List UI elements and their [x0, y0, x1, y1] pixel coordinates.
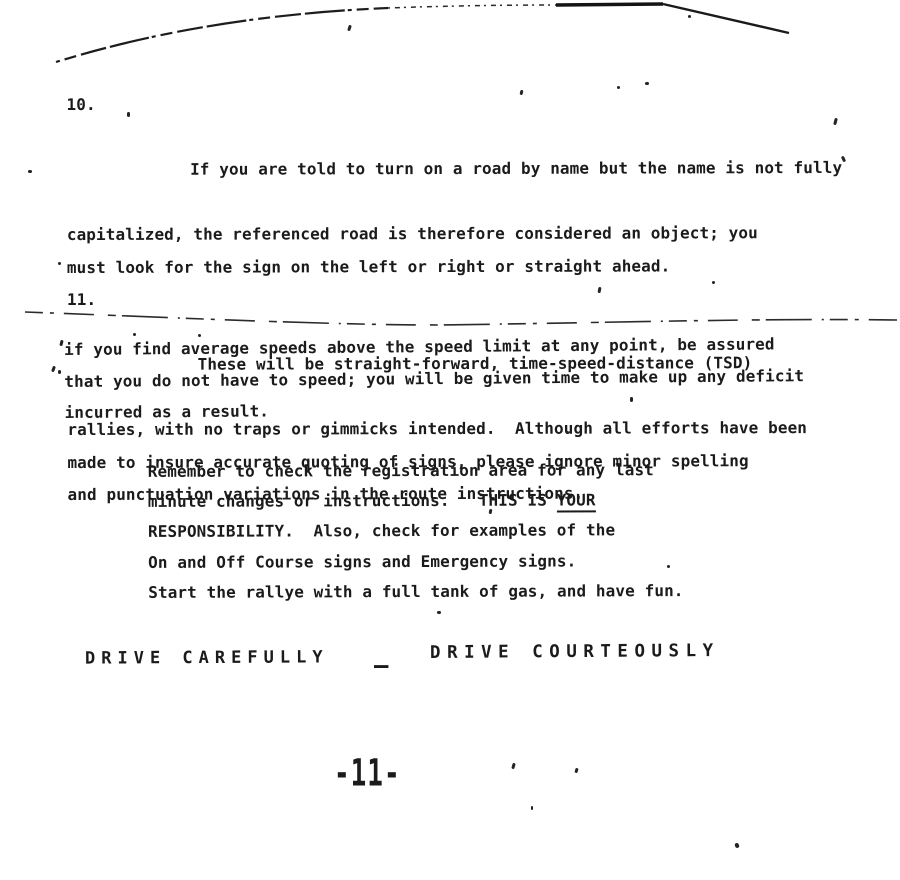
noise-speck — [712, 281, 715, 284]
reminder-line-1: Remember to check the registration area … — [148, 455, 683, 487]
page-number: -11- — [334, 752, 401, 796]
noise-speck — [133, 333, 136, 336]
noise-speck — [58, 370, 61, 374]
noise-speck — [688, 15, 691, 18]
noise-speck — [645, 82, 649, 85]
slogan-dash: – — [374, 651, 388, 679]
reminder-line-2-prefix: minute changes or instructions. THIS IS — [148, 491, 557, 511]
noise-speck — [667, 565, 670, 568]
reminder-line-2: minute changes or instructions. THIS IS … — [148, 485, 683, 517]
slogan-drive-carefully: DRIVE CAREFULLY — [85, 647, 329, 668]
item-10-line-3: must look for the sign on the left or ri… — [67, 249, 843, 284]
slogan-drive-courteously: DRIVE COURTEOUSLY — [430, 641, 720, 663]
noise-speck — [28, 170, 32, 173]
noise-speck — [198, 334, 201, 337]
noise-speck — [437, 611, 441, 614]
item-10-text: If you are told to turn on a road by nam… — [190, 158, 842, 179]
page-top-edge-artifact — [0, 0, 900, 75]
noise-speck — [630, 397, 633, 402]
noise-speck — [511, 763, 516, 770]
noise-speck — [127, 112, 130, 117]
reminder-line-5: Start the rallye with a full tank of gas… — [148, 576, 683, 608]
reminder-section: Remember to check the registration area … — [148, 455, 684, 608]
noise-speck — [734, 842, 739, 848]
reminder-underlined-word: YOUR — [557, 491, 596, 513]
reminder-line-3: RESPONSIBILITY. Also, check for examples… — [148, 515, 683, 547]
speed-note-line-2: that you do not have to speed; you will … — [64, 360, 804, 397]
noise-speck — [59, 340, 63, 347]
item-10-line-1: 10. If you are told to turn on a road by… — [66, 87, 842, 219]
speed-note-section: if you find average speeds above the spe… — [64, 328, 804, 428]
noise-speck — [58, 262, 61, 265]
reminder-line-4: On and Off Course signs and Emergency si… — [148, 546, 683, 578]
noise-speck — [566, 431, 569, 434]
speed-note-line-1: if you find average speeds above the spe… — [64, 328, 804, 365]
numbered-instructions-section: 10. If you are told to turn on a road by… — [66, 87, 843, 512]
noise-speck — [617, 86, 620, 89]
noise-speck — [51, 366, 56, 373]
noise-speck — [574, 768, 578, 774]
item-10-line-2: capitalized, the referenced road is ther… — [67, 217, 843, 252]
item-10-number: 10. — [66, 89, 95, 122]
speed-note-line-3: incurred as a result. — [64, 391, 804, 428]
noise-speck — [531, 806, 533, 810]
